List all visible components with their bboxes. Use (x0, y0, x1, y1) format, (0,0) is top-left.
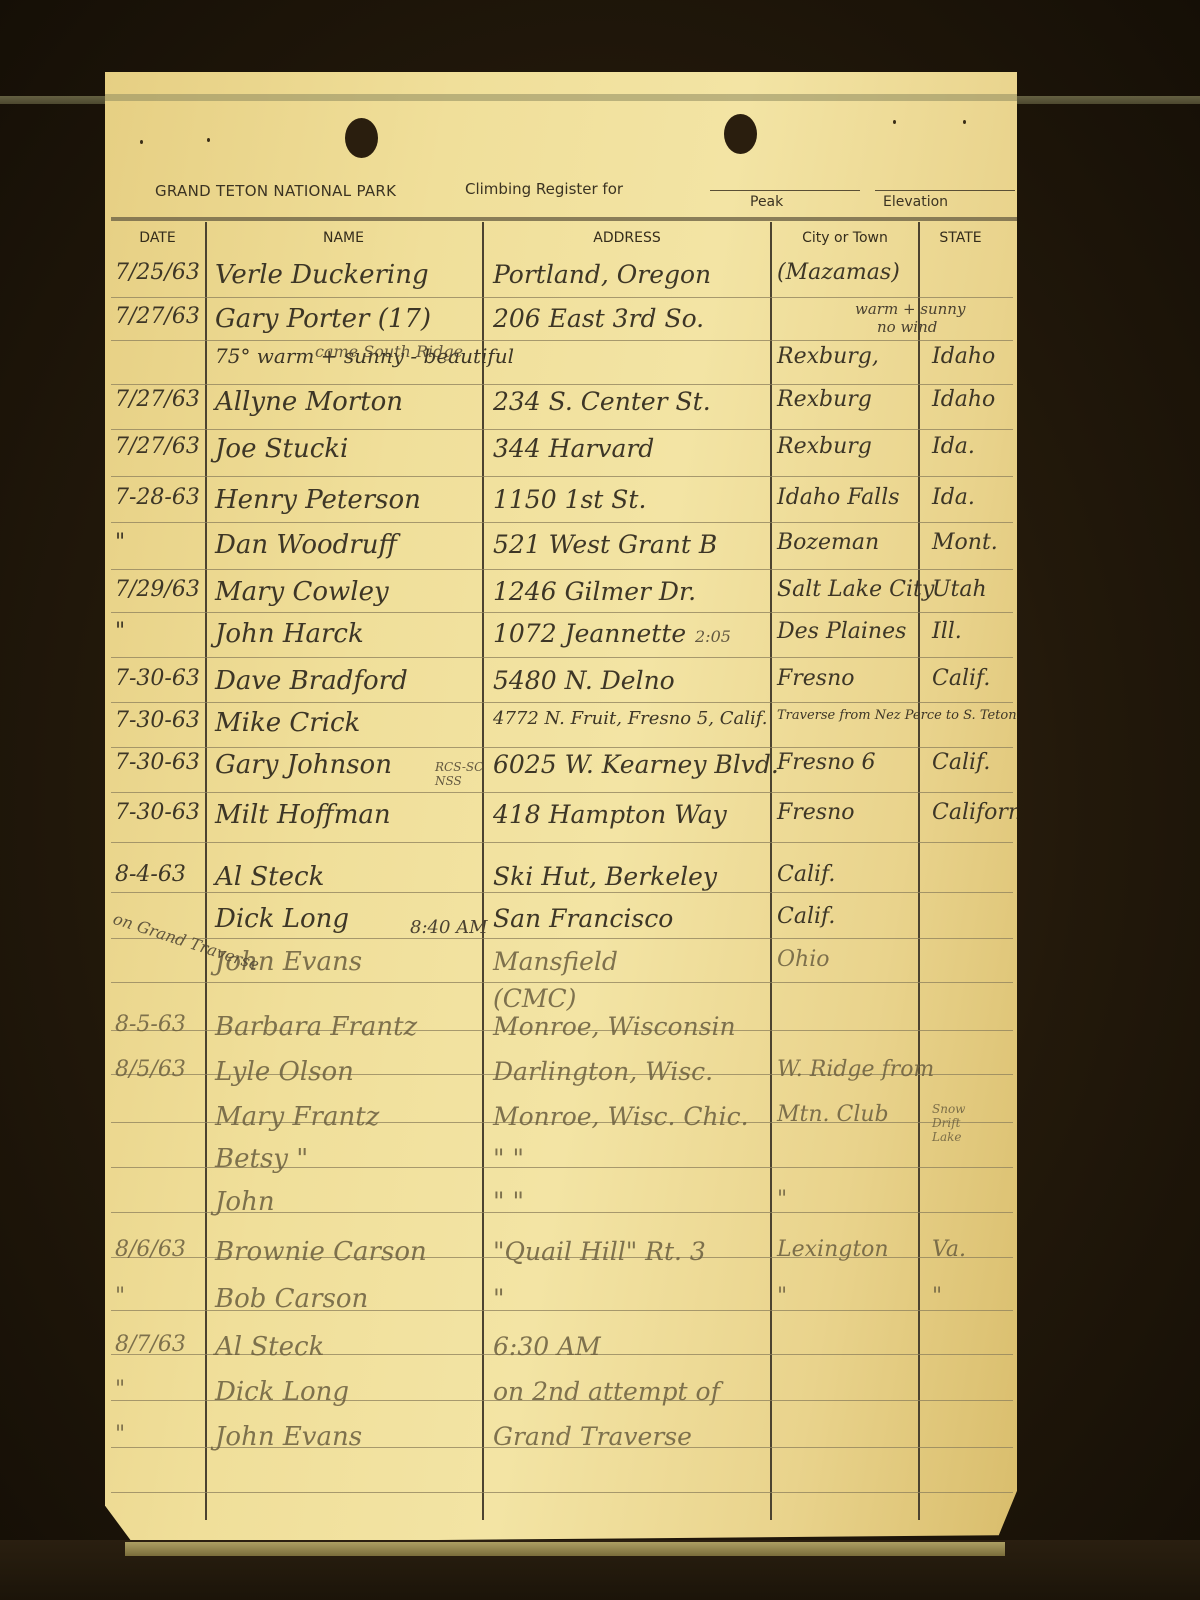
entry-address: on 2nd attempt of (493, 1377, 778, 1406)
register-entry: 7-30-63Mike Crick4772 N. Fruit, Fresno 5… (105, 708, 1017, 748)
ruled-line (111, 1492, 1013, 1493)
entry-city: Traverse from Nez Perce to S. Teton (777, 708, 927, 723)
entry-address: " " (493, 1144, 778, 1173)
register-entry: 7-30-63Milt Hoffman418 Hampton WayFresno… (105, 800, 1017, 840)
column-header-name: NAME (205, 230, 482, 246)
entry-date: " (115, 1284, 210, 1309)
entry-state: Ida. (932, 485, 1012, 510)
ruled-line (111, 384, 1013, 385)
entry-address: " (493, 1284, 778, 1313)
entry-city: Ohio (777, 947, 927, 972)
register-entry: 7-28-63Henry Peterson1150 1st St.Idaho F… (105, 485, 1017, 525)
entry-date: 7-30-63 (115, 750, 210, 775)
entry-address: 206 East 3rd So. (493, 304, 778, 333)
entry-address: (CMC) (493, 984, 778, 1013)
entry-city: Lexington (777, 1237, 927, 1262)
column-header-state: STATE (918, 230, 1003, 246)
column-header-date: DATE (110, 230, 205, 246)
entry-name: Al Steck (215, 1332, 485, 1362)
register-entry: 8-5-63Barbara FrantzMonroe, Wisconsin (105, 1012, 1017, 1052)
entry-date: 8/6/63 (115, 1237, 210, 1262)
entry-city: Fresno (777, 666, 927, 691)
entry-address: 6025 W. Kearney Blvd. (493, 750, 778, 779)
register-entry: Dick LongSan FranciscoCalif. (105, 904, 1017, 944)
entry-name: Mary Cowley (215, 577, 485, 607)
entry-name: Mary Frantz (215, 1102, 485, 1132)
entry-address: 234 S. Center St. (493, 387, 778, 416)
ruled-line (111, 429, 1013, 430)
route-note: came South Ridge (315, 342, 463, 361)
peak-blank (710, 190, 860, 191)
entry-city: Des Plaines (777, 619, 927, 644)
entry-name: Verle Duckering (215, 260, 485, 290)
register-entry: "Bob Carson""" (105, 1284, 1017, 1324)
entry-address: "Quail Hill" Rt. 3 (493, 1237, 778, 1266)
entry-name: Milt Hoffman (215, 800, 485, 830)
time-note: 8:40 AM (410, 917, 488, 938)
entry-city: Rexburg (777, 387, 927, 412)
entry-city: (Mazamas) (777, 260, 927, 285)
register-entry: 75° warm + sunny - beautifulRexburg,Idah… (105, 344, 1017, 384)
entry-address: 344 Harvard (493, 434, 778, 463)
binder-hole (345, 118, 378, 158)
ruled-line (111, 476, 1013, 477)
register-entry: 8/6/63Brownie Carson"Quail Hill" Rt. 3Le… (105, 1237, 1017, 1277)
entry-city: Idaho Falls (777, 485, 927, 510)
register-entry: John" "" (105, 1187, 1017, 1227)
entry-name: Barbara Frantz (215, 1012, 485, 1042)
entry-date: 7/27/63 (115, 387, 210, 412)
club-note: RCS-SC NSS (435, 760, 495, 788)
entry-state: Snow Drift Lake (932, 1102, 992, 1144)
entry-name: Joe Stucki (215, 434, 485, 464)
entry-address: " " (493, 1187, 778, 1216)
entry-date: 7-30-63 (115, 708, 210, 733)
speck (963, 120, 966, 124)
entry-date: " (115, 1377, 210, 1402)
entry-city: " (777, 1284, 927, 1309)
speck (140, 140, 143, 144)
entry-date: 7/27/63 (115, 434, 210, 459)
entry-name: Dick Long (215, 1377, 485, 1407)
register-entry: 8/7/63Al Steck6:30 AM (105, 1332, 1017, 1372)
entry-name: John (215, 1187, 485, 1217)
register-entry: 7/27/63Allyne Morton234 S. Center St.Rex… (105, 387, 1017, 427)
register-entry: "John EvansGrand Traverse (105, 1422, 1017, 1462)
column-header-city: City or Town (770, 230, 920, 246)
register-entry: 8-4-63Al SteckSki Hut, BerkeleyCalif. (105, 862, 1017, 902)
ruled-line (111, 792, 1013, 793)
entry-address: Ski Hut, Berkeley (493, 862, 778, 891)
entry-state: Ill. (932, 619, 1012, 644)
time-note: 2:05 (695, 627, 731, 646)
entry-address: 1246 Gilmer Dr. (493, 577, 778, 606)
entry-address: Mansfield (493, 947, 778, 976)
entry-name: Dave Bradford (215, 666, 485, 696)
entry-date: 7-30-63 (115, 666, 210, 691)
entry-address: Portland, Oregon (493, 260, 778, 289)
register-entry: Mary FrantzMonroe, Wisc. Chic.Mtn. ClubS… (105, 1102, 1017, 1142)
entry-address: 521 West Grant B (493, 530, 778, 559)
register-entry: Betsy "" " (105, 1144, 1017, 1184)
register-subtitle: Climbing Register for (465, 180, 623, 198)
entry-state: Va. (932, 1237, 1012, 1262)
entry-name: Henry Peterson (215, 485, 485, 515)
elevation-label: Elevation (883, 194, 948, 210)
entry-name: Brownie Carson (215, 1237, 485, 1267)
entry-state: Ida. (932, 434, 1012, 459)
column-header-address: ADDRESS (482, 230, 772, 246)
entry-address: 6:30 AM (493, 1332, 778, 1361)
entry-address: 5480 N. Delno (493, 666, 778, 695)
register-entry: 7-30-63Dave Bradford5480 N. DelnoFresnoC… (105, 666, 1017, 706)
entry-date: 7-30-63 (115, 800, 210, 825)
entry-city: Fresno 6 (777, 750, 927, 775)
entry-state: Idaho (932, 387, 1012, 412)
entry-state: Calif. (932, 666, 1012, 691)
speck (207, 138, 210, 142)
register-entry: 7-30-63Gary Johnson6025 W. Kearney Blvd.… (105, 750, 1017, 790)
entry-state: California (932, 800, 1012, 825)
entry-state: Idaho (932, 344, 1012, 369)
entry-name: Bob Carson (215, 1284, 485, 1314)
entry-date: " (115, 530, 210, 555)
entry-address: Monroe, Wisconsin (493, 1012, 778, 1041)
entry-address: Monroe, Wisc. Chic. (493, 1102, 778, 1131)
entry-date: 7-28-63 (115, 485, 210, 510)
ruled-line (111, 842, 1013, 843)
entry-name: Al Steck (215, 862, 485, 892)
weather-note: warm + sunny (855, 300, 965, 318)
entry-city: W. Ridge from (777, 1057, 927, 1082)
entry-name: John Harck (215, 619, 485, 649)
entry-date: 8/5/63 (115, 1057, 210, 1082)
register-entry: "Dick Longon 2nd attempt of (105, 1377, 1017, 1417)
entry-address: 1150 1st St. (493, 485, 778, 514)
glass-reflection (105, 94, 1017, 101)
register-entry: 7/29/63Mary Cowley1246 Gilmer Dr.Salt La… (105, 577, 1017, 617)
register-entry: 7/27/63Joe Stucki344 HarvardRexburgIda. (105, 434, 1017, 474)
weather-note: no wind (877, 318, 937, 336)
entry-address: 418 Hampton Way (493, 800, 778, 829)
entry-name: Mike Crick (215, 708, 485, 738)
entry-address: San Francisco (493, 904, 778, 933)
entry-city: Rexburg (777, 434, 927, 459)
entry-state: Mont. (932, 530, 1012, 555)
entry-date: 8-5-63 (115, 1012, 210, 1037)
park-name: GRAND TETON NATIONAL PARK (155, 182, 396, 200)
entry-name: Lyle Olson (215, 1057, 485, 1087)
entry-date: 7/29/63 (115, 577, 210, 602)
entry-city: Mtn. Club (777, 1102, 927, 1127)
register-entry: "John Harck1072 JeannetteDes PlainesIll. (105, 619, 1017, 659)
entry-city: Bozeman (777, 530, 927, 555)
entry-state: " (932, 1284, 1012, 1309)
entry-city: Salt Lake City (777, 577, 927, 602)
entry-name: Allyne Morton (215, 387, 485, 417)
entry-date: " (115, 619, 210, 644)
peak-label: Peak (750, 194, 783, 210)
entry-address: Grand Traverse (493, 1422, 778, 1451)
entry-city: Rexburg, (777, 344, 927, 369)
entry-city: Calif. (777, 904, 927, 929)
entry-address: 1072 Jeannette (493, 619, 778, 648)
register-entry: 7/25/63Verle DuckeringPortland, Oregon(M… (105, 260, 1017, 300)
speck (893, 120, 896, 124)
entry-name: John Evans (215, 1422, 485, 1452)
entry-date: 8/7/63 (115, 1332, 210, 1357)
shelf-glass-edge (125, 1542, 1005, 1556)
elevation-blank (875, 190, 1015, 191)
register-entry: 8/5/63Lyle OlsonDarlington, Wisc.W. Ridg… (105, 1057, 1017, 1097)
entry-date: 8-4-63 (115, 862, 210, 887)
entry-name: Betsy " (215, 1144, 485, 1174)
entry-name: Gary Porter (17) (215, 304, 485, 334)
entry-city: Fresno (777, 800, 927, 825)
entry-city: " (777, 1187, 927, 1212)
entry-name: Dan Woodruff (215, 530, 485, 560)
entry-date: 7/27/63 (115, 304, 210, 329)
entry-city: Calif. (777, 862, 927, 887)
entry-state: Calif. (932, 750, 1012, 775)
entry-date: 7/25/63 (115, 260, 210, 285)
register-entry: "Dan Woodruff521 West Grant BBozemanMont… (105, 530, 1017, 570)
climbing-register-page: GRAND TETON NATIONAL PARK Climbing Regis… (105, 72, 1017, 1550)
entry-address: 4772 N. Fruit, Fresno 5, Calif. (493, 708, 778, 729)
entry-date: " (115, 1422, 210, 1447)
header-rule (111, 217, 1017, 221)
binder-hole (724, 114, 757, 154)
entry-state: Utah (932, 577, 1012, 602)
entry-address: Darlington, Wisc. (493, 1057, 778, 1086)
